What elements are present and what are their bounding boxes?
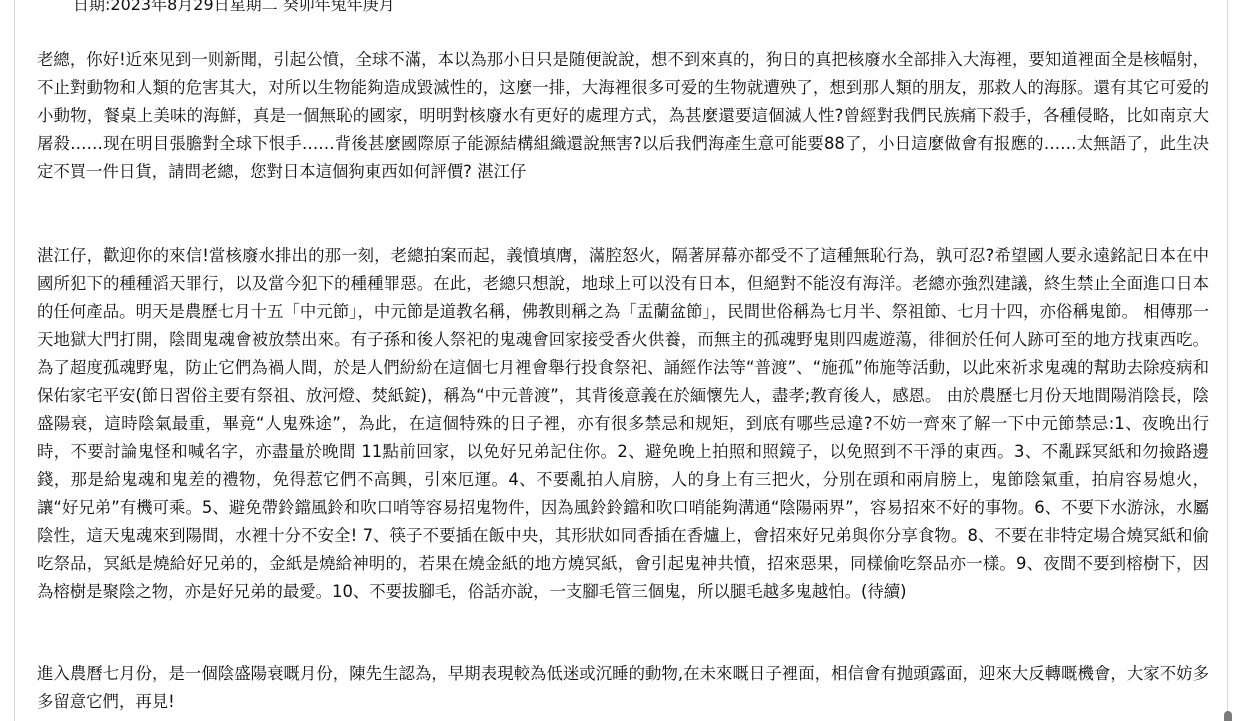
scrollbar-thumb[interactable] [1224, 711, 1232, 721]
closing-paragraph: 進入農曆七月份，是一個陰盛陽衰嘅月份，陳先生認為，早期表現較為低迷或沉睡的動物,… [37, 660, 1209, 716]
date-line: 日期:2023年8月29日星期二 癸卯年兔年庚月 [73, 0, 395, 16]
reply-paragraph: 湛江仔，歡迎你的來信!當核廢水排出的那一刻，老總拍案而起，義憤填膺，滿腔怒火，隔… [37, 242, 1209, 606]
reader-question-paragraph: 老總，你好!近來见到一则新聞，引起公憤，全球不滿，本以為那小日只是随便說說，想不… [37, 46, 1209, 186]
